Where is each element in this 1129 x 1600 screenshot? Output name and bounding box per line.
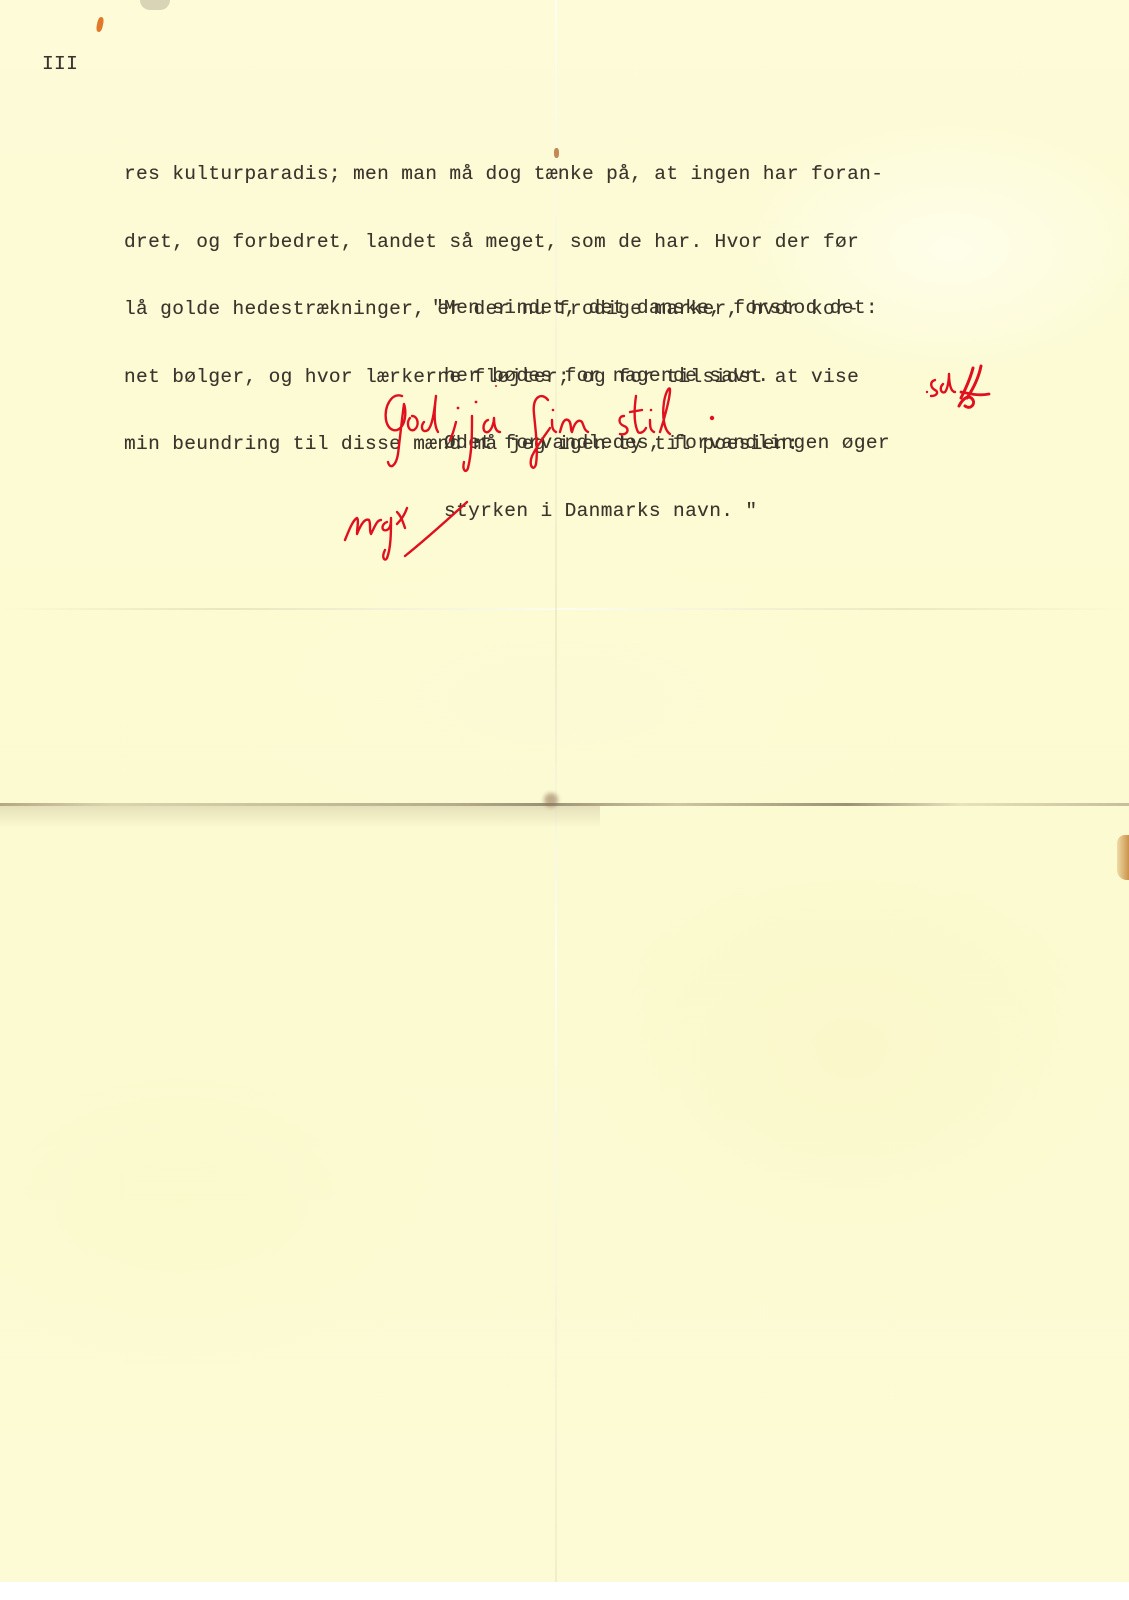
fold-shadow bbox=[0, 806, 600, 828]
page-number: III bbox=[42, 53, 78, 76]
poem-line: "Men sindet, det danske, forstod det: bbox=[432, 297, 890, 320]
handwriting-comment-strokes bbox=[380, 378, 740, 478]
handwriting-grade-strokes bbox=[345, 498, 485, 578]
stain-mark bbox=[96, 17, 105, 33]
stain-mark bbox=[544, 793, 558, 807]
horizontal-fold bbox=[0, 803, 1129, 806]
paragraph-line: dret, og forbedret, landet så meget, som… bbox=[124, 231, 883, 254]
handwritten-initials: SdH bbox=[925, 362, 1015, 422]
poem-line: styrken i Danmarks navn. " bbox=[432, 500, 890, 523]
crease-line bbox=[0, 608, 1129, 610]
handwritten-comment: God i ja fin stil . bbox=[380, 378, 740, 478]
paper-sheet: III res kulturparadis; men man må dog tæ… bbox=[0, 0, 1129, 1582]
paragraph-line: res kulturparadis; men man må dog tænke … bbox=[124, 163, 883, 186]
stain-mark bbox=[140, 0, 170, 10]
edge-stain bbox=[1117, 835, 1129, 880]
handwritten-grade: mgx / bbox=[345, 498, 485, 578]
handwriting-initials-strokes bbox=[925, 362, 1015, 422]
